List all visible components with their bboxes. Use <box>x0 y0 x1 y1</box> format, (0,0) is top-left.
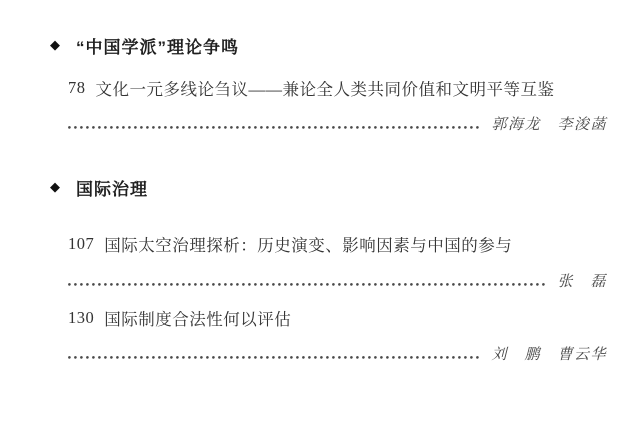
diamond-bullet-icon: ◆ <box>50 180 61 193</box>
toc-page: ◆ “中国学派”理论争鸣 78 文化一元多线论刍议——兼论全人类共同价值和文明平… <box>0 0 639 428</box>
dotted-leader <box>68 113 487 134</box>
toc-entry: 130 国际制度合法性何以评估 <box>68 306 607 329</box>
entry-page-number: 78 <box>68 78 86 98</box>
entry-page-number: 107 <box>68 234 94 254</box>
section-header: ◆ 国际治理 <box>50 175 607 199</box>
entry-title: 文化一元多线论刍议——兼论全人类共同价值和文明平等互鉴 <box>96 76 555 100</box>
toc-entry-leader-row: 郭海龙 李浚菡 <box>68 113 607 134</box>
toc-entry-leader-row: 刘 鹏 曹云华 <box>68 343 607 364</box>
entry-authors: 张 磊 <box>557 270 607 291</box>
entry-authors: 刘 鹏 曹云华 <box>491 343 607 364</box>
section-title: “中国学派”理论争鸣 <box>76 33 239 58</box>
toc-entry: 107 国际太空治理探析：历史演变、影响因素与中国的参与 <box>68 232 607 255</box>
section-title: 国际治理 <box>76 175 148 200</box>
diamond-bullet-icon: ◆ <box>50 38 61 51</box>
dotted-leader <box>68 270 553 291</box>
entry-title: 国际太空治理探析：历史演变、影响因素与中国的参与 <box>104 232 512 256</box>
toc-entry-leader-row: 张 磊 <box>68 270 607 291</box>
toc-entry: 78 文化一元多线论刍议——兼论全人类共同价值和文明平等互鉴 <box>68 76 607 99</box>
section-header: ◆ “中国学派”理论争鸣 <box>50 33 607 57</box>
entry-page-number: 130 <box>68 308 94 328</box>
dotted-leader <box>68 343 487 364</box>
entry-title: 国际制度合法性何以评估 <box>104 306 291 330</box>
entry-authors: 郭海龙 李浚菡 <box>491 113 607 134</box>
